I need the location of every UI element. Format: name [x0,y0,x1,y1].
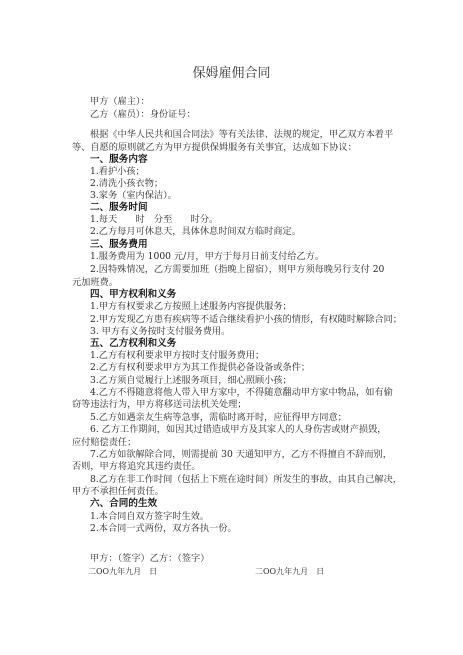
section-line: 3. 甲方有义务按时支付服务费用。 [90,326,230,338]
section-line: 1.本合同自双方签字时生效。 [90,511,209,523]
section-line: 3.乙方须自觉履行上述服务项目，细心照顾小孩； [90,375,292,387]
document-title: 保姆雇佣合同 [0,62,463,81]
section-heading: 三、服务费用 [90,239,148,251]
document-page: 保姆雇佣合同 甲方（雇主）： 乙方（雇员）：身份证号： 根据《中华人民共和国合同… [0,0,463,655]
section-line: 2.清洗小孩衣物； [90,178,163,190]
signature-line: 甲方：（签字）乙方：（签字） [90,553,209,565]
section-line: 1.甲方有权要求乙方按照上述服务内容提供服务； [90,301,292,313]
section-heading: 二、服务时间 [90,202,148,214]
section-line: 4.乙方不得随意将他人带入甲方家中，不得随意翻动甲方家中物品，如有偷 [90,387,393,399]
section-line: 否则，甲方将追究其违约责任。 [72,461,201,473]
section-line: 2.甲方发现乙方患有疾病等不适合继续看护小孩的情形，有权随时解除合同； [90,314,402,326]
party-a-label: 甲方（雇主）： [90,96,150,108]
section-line: 甲方不承担任何责任。 [72,486,164,498]
section-line: 2.乙方有权利要求甲方为其工作提供必备设备或条件； [90,362,310,374]
section-line: 2.乙方每月可休息天，具体休息时间双方临时商定。 [90,226,301,238]
date-right: 二OO九年九月 日 [255,566,324,578]
section-line: 元加班费。 [72,277,118,289]
section-line: 2.本合同一式两份，双方各执一份。 [90,523,237,535]
section-line: 窃等违法行为，甲方将移送司法机关处理； [72,399,247,411]
section-line: 8.乙方在非工作时间（包括上下班在途时间）所发生的事故，由其自己解决， [90,474,402,486]
section-line: 应付赔偿责任； [72,437,136,449]
section-line: 3.家务（室内保洁）。 [90,190,177,202]
section-line: 1.看护小孩； [90,166,145,178]
section-heading: 四、甲方权利和义务 [90,289,176,301]
intro-line-2: 等、自愿的原则就乙方为甲方提供保姆服务有关事宜，达成如下协议： [72,142,357,154]
section-line: 6. 乙方工作期间，如因其过错造成甲方及其家人的人身伤害或财产损毁， [90,424,387,436]
section-heading: 五、乙方权利和义务 [90,338,176,350]
section-heading: 六、合同的生效 [90,498,157,510]
section-line: 2.因特殊情况，乙方需要加班（指晚上留宿），则甲方须每晚另行支付 20 [90,264,384,276]
section-line: 1.服务费用为 1000 元/月，甲方于每月日前支付给乙方。 [90,251,324,263]
section-heading: 一、服务内容 [90,154,148,166]
date-left: 二OO九年九月 日 [88,566,157,578]
section-line: 1.每天 时 分至 时分。 [90,214,218,226]
intro-line-1: 根据《中华人民共和国合同法》等有关法律、法规的规定，甲乙双方本着平 [90,129,393,141]
party-b-label: 乙方（雇员）：身份证号： [90,109,196,121]
section-line: 1.乙方有权利要求甲方按时支付服务费用； [90,350,264,362]
section-line: 5.乙方如遇亲友生病等急事，需临时离开时，应征得甲方同意； [90,412,347,424]
section-line: 7.乙方如欲解除合同，则需提前 30 天通知甲方，乙方不得擅自不辞而别， [90,449,392,461]
